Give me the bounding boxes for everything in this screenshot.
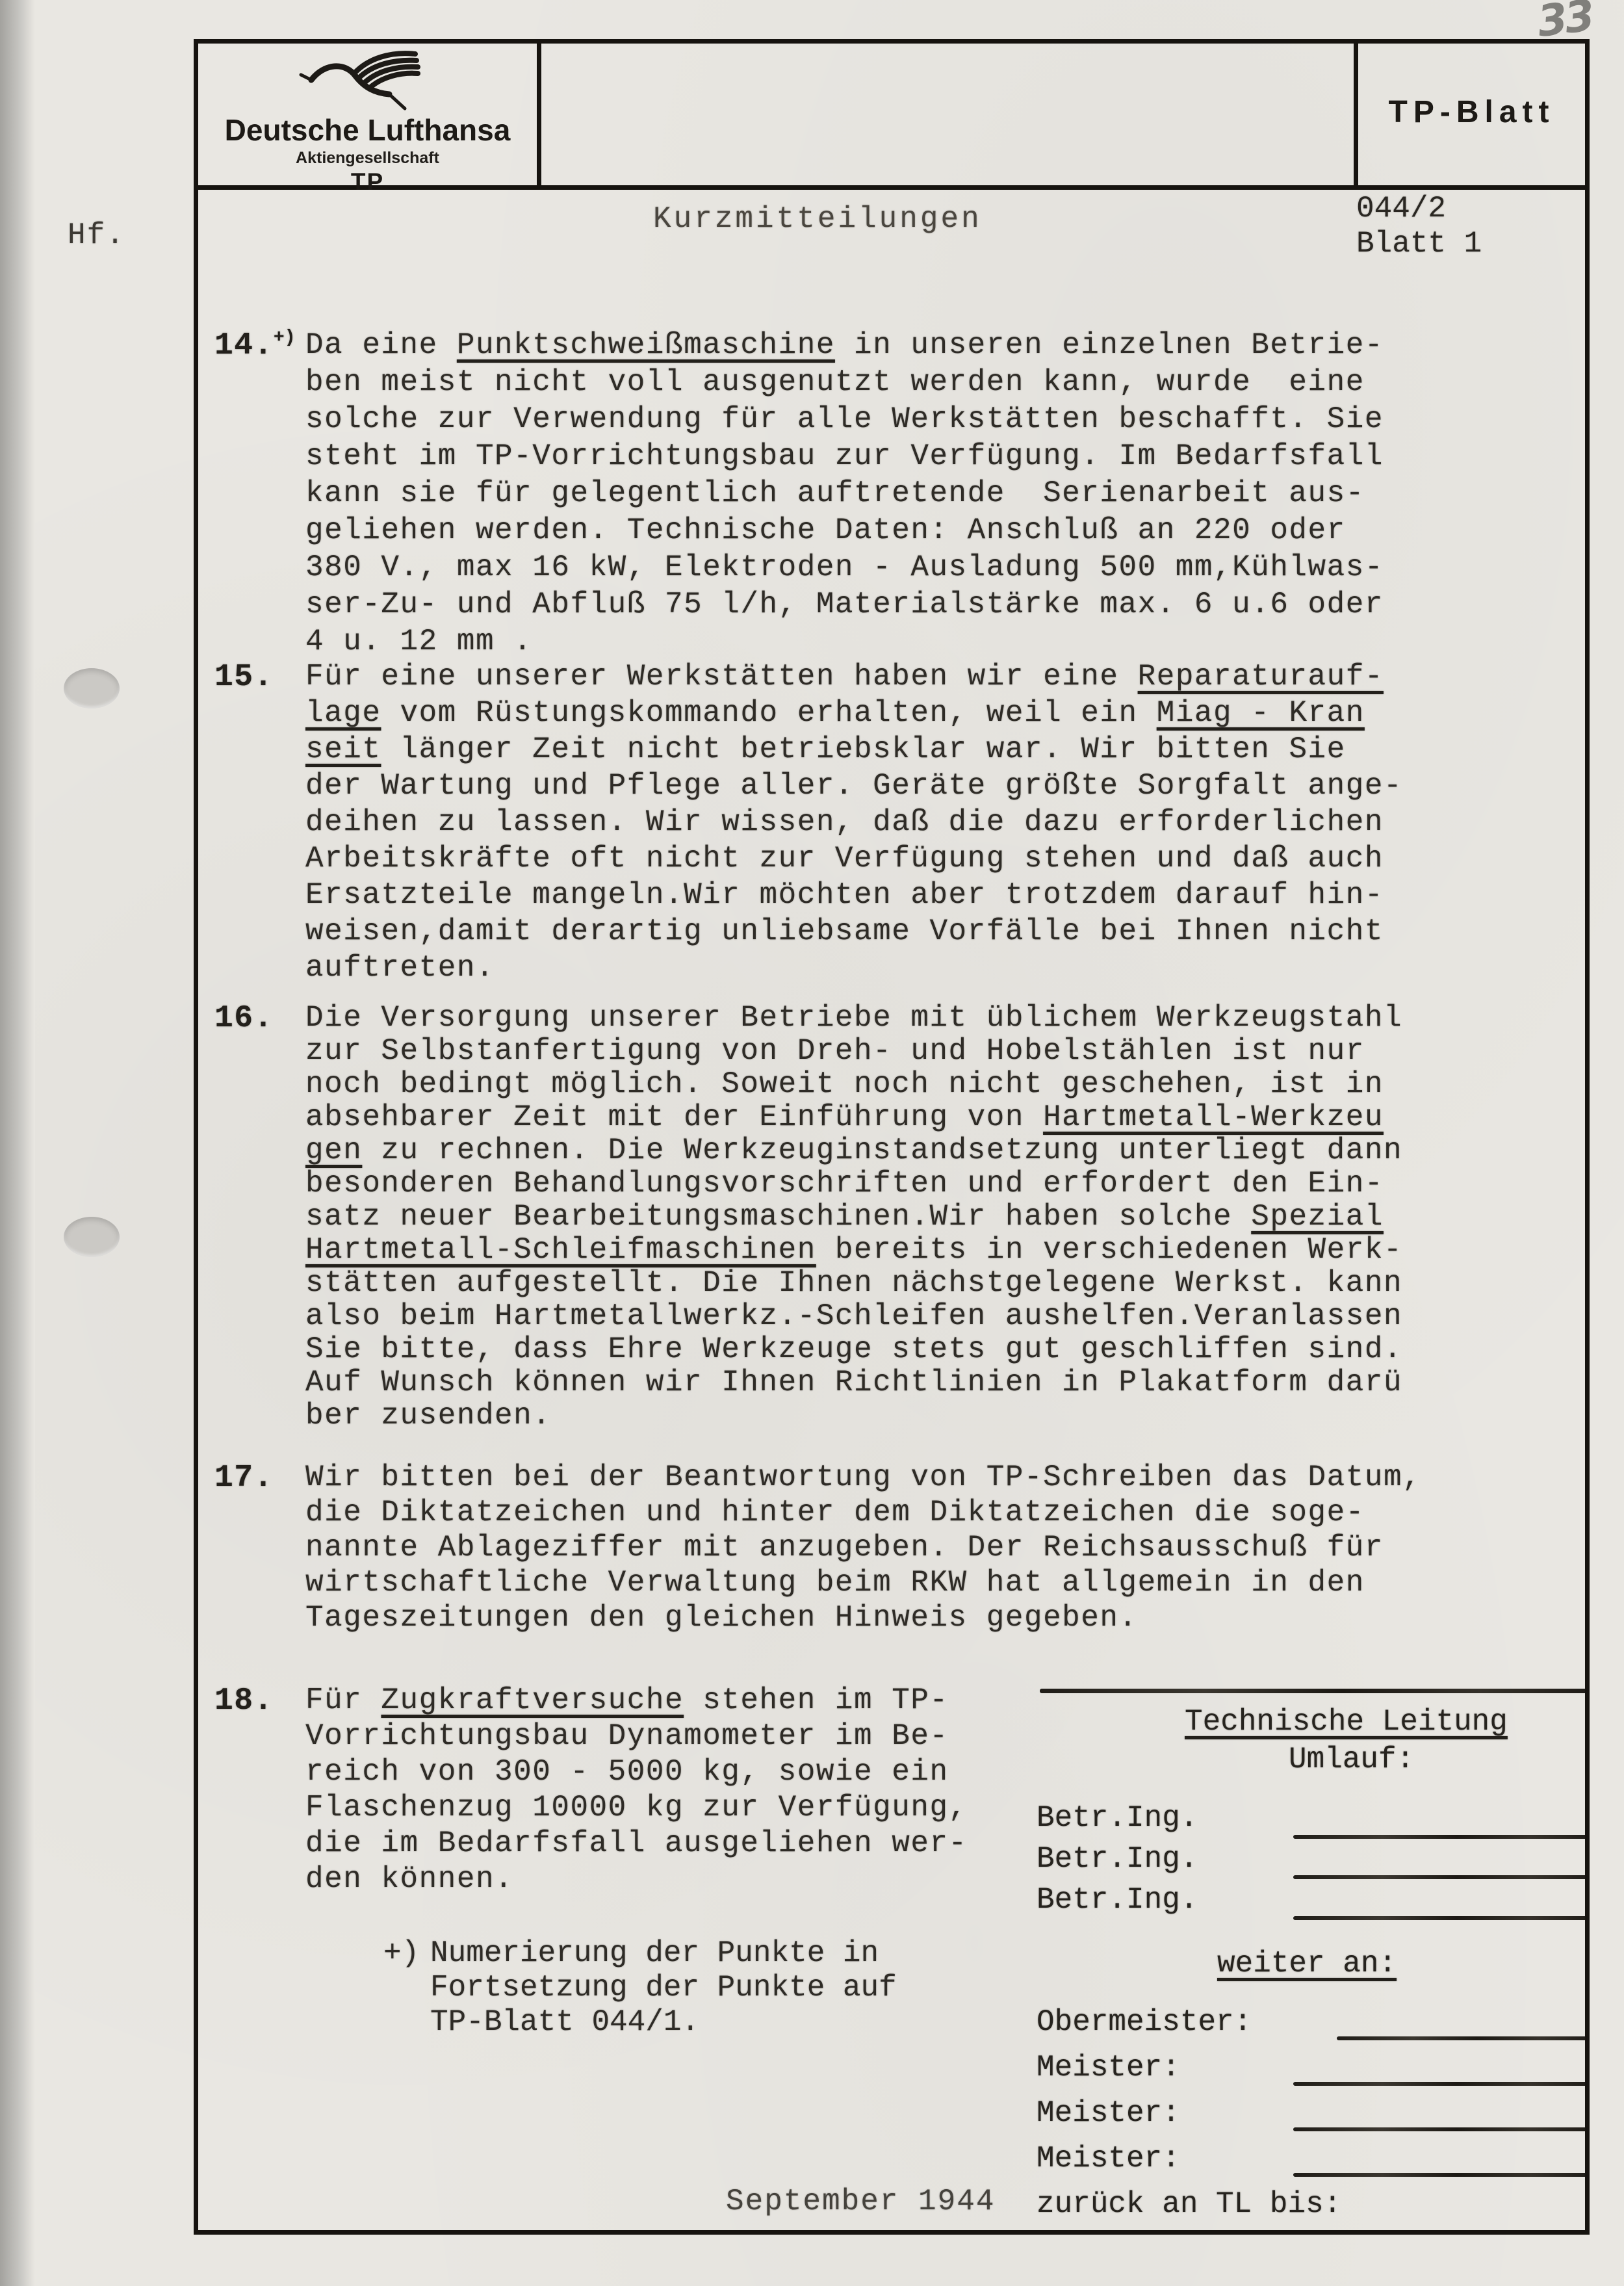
forward-row-label: Meister:: [1037, 2051, 1180, 2085]
paragraph-line: Die Versorgung unserer Betriebe mit übli…: [305, 1001, 1402, 1034]
signature-line: [1293, 1916, 1590, 1920]
paragraph-line: kann sie für gelegentlich auftretende Se…: [305, 476, 1384, 513]
text-segment: die Diktatzeichen und hinter dem Diktatz…: [305, 1496, 1365, 1529]
text-segment: Für: [305, 1683, 381, 1717]
text-segment: ser-Zu- und Abfluß 75 l/h, Materialstärk…: [305, 588, 1384, 621]
signature-line: [1293, 1835, 1590, 1839]
text-segment: deihen zu lassen. Wir wissen, daß die da…: [305, 805, 1384, 839]
paragraph-16: 16.Die Versorgung unserer Betriebe mit ü…: [305, 1001, 1402, 1432]
text-segment: der Wartung und Pflege aller. Geräte grö…: [305, 769, 1402, 803]
signature-line: [1293, 1875, 1590, 1879]
paragraph-line: besonderen Behandlungsvorschriften und e…: [305, 1167, 1402, 1200]
forward-heading: weiter an:: [1217, 1947, 1397, 1981]
paragraph-17: 17.Wir bitten bei der Beantwortung von T…: [305, 1461, 1421, 1636]
text-segment: reich von 300 - 5000 kg, sowie ein: [305, 1755, 949, 1789]
text-segment: steht im TP-Vorrichtungsbau zur Verfügun…: [305, 439, 1384, 473]
paragraph-line: den können.: [305, 1862, 968, 1898]
forward-row-label: Meister:: [1037, 2096, 1180, 2130]
footnote-line: Fortsetzung der Punkte auf: [430, 1971, 897, 2005]
circulation-row-label: Betr.Ing.: [1037, 1801, 1198, 1835]
text-segment: noch bedingt möglich. Soweit noch nicht …: [305, 1067, 1384, 1101]
underlined-term: Punktschweißmaschine: [457, 328, 835, 362]
scan-edge-shadow: [0, 0, 35, 2286]
text-segment: Arbeitskräfte oft nicht zur Verfügung st…: [305, 842, 1384, 876]
text-segment: Die Versorgung unserer Betriebe mit übli…: [305, 1001, 1402, 1035]
underlined-term: gen: [305, 1134, 362, 1167]
text-segment: stehen im TP-: [684, 1683, 948, 1717]
text-segment: auftreten.: [305, 951, 495, 985]
text-segment: länger Zeit nicht betriebsklar war. Wir …: [381, 733, 1345, 766]
routing-subheading: Umlauf:: [1289, 1743, 1414, 1776]
text-segment: kann sie für gelegentlich auftretende Se…: [305, 476, 1365, 510]
text-segment: solche zur Verwendung für alle Werkstätt…: [305, 402, 1384, 436]
paragraph-line: die im Bedarfsfall ausgeliehen wer-: [305, 1826, 968, 1862]
underlined-term: Hartmetall-Schleifmaschinen: [305, 1233, 816, 1267]
paragraph-line: Da eine Punktschweißmaschine in unseren …: [305, 328, 1384, 365]
return-line-label: zurück an TL bis:: [1037, 2187, 1341, 2221]
signature-line: [1337, 2036, 1590, 2040]
underlined-term: Zugkraftversuche: [381, 1683, 684, 1717]
footnote-line: Numerierung der Punkte in: [430, 1936, 897, 1971]
text-segment: vom Rüstungskommando erhalten, weil ein: [381, 696, 1156, 730]
text-segment: wirtschaftliche Verwaltung beim RKW hat …: [305, 1566, 1365, 1600]
paragraph-line: ser-Zu- und Abfluß 75 l/h, Materialstärk…: [305, 588, 1384, 625]
paragraph-line: Sie bitte, dass Ehre Werkzeuge stets gut…: [305, 1332, 1402, 1366]
footnote: +) Numerierung der Punkte in Fortsetzung…: [383, 1936, 897, 2040]
scanned-document-page: Hf. 33 Deutsche Lufthansa A: [0, 0, 1624, 2286]
paragraph-line: Arbeitskräfte oft nicht zur Verfügung st…: [305, 842, 1402, 878]
signature-line: [1293, 2082, 1590, 2086]
footnote-marker: +): [383, 1936, 419, 1970]
text-segment: Wir bitten bei der Beantwortung von TP-S…: [305, 1461, 1421, 1494]
forward-row-label: Meister:: [1037, 2142, 1180, 2176]
underlined-term: Hartmetall-Werkzeu: [1043, 1100, 1384, 1134]
signature-line: [1293, 2173, 1590, 2177]
text-segment: weisen,damit derartig unliebsame Vorfäll…: [305, 915, 1384, 948]
paragraph-line: Flaschenzug 10000 kg zur Verfügung,: [305, 1791, 968, 1826]
paragraph-line: Auf Wunsch können wir Ihnen Richtlinien …: [305, 1366, 1402, 1399]
separator-line: [1040, 1689, 1590, 1693]
paragraph-line: zur Selbstanfertigung von Dreh- und Hobe…: [305, 1034, 1402, 1067]
text-segment: satz neuer Bearbeitungsmaschinen.Wir hab…: [305, 1200, 1251, 1234]
paragraph-line: 4 u. 12 mm .: [305, 625, 1384, 662]
paragraph-line: ber zusenden.: [305, 1399, 1402, 1432]
forward-row-label: Obermeister:: [1037, 2005, 1252, 2039]
text-segment: Auf Wunsch können wir Ihnen Richtlinien …: [305, 1366, 1402, 1399]
paragraph-number: 16.: [214, 1001, 274, 1036]
text-segment: Ersatzteile mangeln.Wir möchten aber tro…: [305, 878, 1384, 912]
routing-heading: Technische Leitung: [1185, 1705, 1508, 1739]
circulation-row-label: Betr.Ing.: [1037, 1842, 1198, 1876]
text-segment: nannte Ablageziffer mit anzugeben. Der R…: [305, 1531, 1384, 1565]
paragraph-line: Ersatzteile mangeln.Wir möchten aber tro…: [305, 878, 1402, 915]
paragraph-line: gen zu rechnen. Die Werkzeuginstandsetzu…: [305, 1134, 1402, 1167]
text-segment: absehbarer Zeit mit der Einführung von: [305, 1100, 1043, 1134]
circulation-row-label: Betr.Ing.: [1037, 1883, 1198, 1917]
text-segment: ber zusenden.: [305, 1399, 551, 1433]
paragraph-line: die Diktatzeichen und hinter dem Diktatz…: [305, 1496, 1421, 1531]
paragraph-line: geliehen werden. Technische Daten: Ansch…: [305, 513, 1384, 551]
text-segment: Tageszeitungen den gleichen Hinweis gege…: [305, 1601, 1138, 1635]
text-segment: zu rechnen. Die Werkzeuginstandsetzung u…: [362, 1134, 1402, 1167]
punch-hole: [64, 1217, 120, 1257]
text-segment: bereits in verschiedenen Werk-: [816, 1233, 1402, 1267]
paragraph-number: 14.+): [214, 328, 296, 363]
paragraph-line: also beim Hartmetallwerkz.-Schleifen aus…: [305, 1299, 1402, 1332]
paragraph-line: reich von 300 - 5000 kg, sowie ein: [305, 1755, 968, 1791]
paragraph-18: 18.Für Zugkraftversuche stehen im TP-Vor…: [305, 1683, 968, 1898]
paragraph-line: Wir bitten bei der Beantwortung von TP-S…: [305, 1461, 1421, 1496]
paragraph-line: Für Zugkraftversuche stehen im TP-: [305, 1683, 968, 1719]
margin-note: Hf.: [68, 218, 125, 252]
text-segment: besonderen Behandlungsvorschriften und e…: [305, 1167, 1384, 1201]
paragraph-line: deihen zu lassen. Wir wissen, daß die da…: [305, 805, 1402, 842]
text-segment: Vorrichtungsbau Dynamometer im Be-: [305, 1719, 949, 1753]
paragraphs: 14.+)Da eine Punktschweißmaschine in uns…: [198, 44, 1585, 2230]
paragraph-line: Vorrichtungsbau Dynamometer im Be-: [305, 1719, 968, 1755]
footnote-reference-marker: +): [274, 328, 296, 348]
paragraph-line: weisen,damit derartig unliebsame Vorfäll…: [305, 915, 1402, 951]
text-segment: den können.: [305, 1862, 513, 1896]
paragraph-line: Hartmetall-Schleifmaschinen bereits in v…: [305, 1233, 1402, 1266]
text-segment: stätten aufgestellt. Die Ihnen nächstgel…: [305, 1266, 1402, 1300]
paragraph-line: absehbarer Zeit mit der Einführung von H…: [305, 1100, 1402, 1134]
text-segment: 4 u. 12 mm .: [305, 625, 532, 658]
paragraph-line: der Wartung und Pflege aller. Geräte grö…: [305, 769, 1402, 805]
paragraph-14: 14.+)Da eine Punktschweißmaschine in uns…: [305, 328, 1384, 662]
underlined-term: seit: [305, 733, 381, 766]
text-segment: Für eine unserer Werkstätten haben wir e…: [305, 660, 1138, 694]
paragraph-line: 380 V., max 16 kW, Elektroden - Ausladun…: [305, 551, 1384, 588]
footnote-line: TP-Blatt 044/1.: [430, 2005, 897, 2040]
underlined-term: Spezial: [1251, 1200, 1384, 1234]
paragraph-line: stätten aufgestellt. Die Ihnen nächstgel…: [305, 1266, 1402, 1299]
paragraph-line: Tageszeitungen den gleichen Hinweis gege…: [305, 1601, 1421, 1636]
signature-line: [1293, 2127, 1590, 2131]
paragraph-number: 18.: [214, 1683, 274, 1719]
paragraph-line: nannte Ablageziffer mit anzugeben. Der R…: [305, 1531, 1421, 1566]
paragraph-line: Für eine unserer Werkstätten haben wir e…: [305, 660, 1402, 696]
text-segment: ben meist nicht voll ausgenutzt werden k…: [305, 365, 1365, 399]
paragraph-15: 15.Für eine unserer Werkstätten haben wi…: [305, 660, 1402, 987]
underlined-term: Miag - Kran: [1157, 696, 1365, 730]
document-frame: Deutsche Lufthansa Aktiengesellschaft TP…: [194, 39, 1590, 2235]
paragraph-number: 15.: [214, 660, 274, 695]
underlined-term: Reparaturauf-: [1138, 660, 1384, 694]
underlined-term: lage: [305, 696, 381, 730]
text-segment: Sie bitte, dass Ehre Werkzeuge stets gut…: [305, 1332, 1402, 1366]
text-segment: Flaschenzug 10000 kg zur Verfügung,: [305, 1791, 968, 1825]
paragraph-line: steht im TP-Vorrichtungsbau zur Verfügun…: [305, 439, 1384, 476]
punch-hole: [64, 668, 120, 708]
paragraph-line: solche zur Verwendung für alle Werkstätt…: [305, 402, 1384, 439]
paragraph-line: auftreten.: [305, 951, 1402, 987]
text-segment: 380 V., max 16 kW, Elektroden - Ausladun…: [305, 551, 1384, 584]
paragraph-line: ben meist nicht voll ausgenutzt werden k…: [305, 365, 1384, 402]
paragraph-line: satz neuer Bearbeitungsmaschinen.Wir hab…: [305, 1200, 1402, 1233]
paragraph-line: lage vom Rüstungskommando erhalten, weil…: [305, 696, 1402, 733]
text-segment: zur Selbstanfertigung von Dreh- und Hobe…: [305, 1034, 1365, 1068]
footer-date: September 1944: [726, 2185, 995, 2218]
text-segment: in unseren einzelnen Betrie-: [835, 328, 1384, 362]
paragraph-line: noch bedingt möglich. Soweit noch nicht …: [305, 1067, 1402, 1100]
paragraph-line: wirtschaftliche Verwaltung beim RKW hat …: [305, 1566, 1421, 1601]
paragraph-line: seit länger Zeit nicht betriebsklar war.…: [305, 733, 1402, 769]
text-segment: also beim Hartmetallwerkz.-Schleifen aus…: [305, 1299, 1402, 1333]
text-segment: Da eine: [305, 328, 457, 362]
paragraph-number: 17.: [214, 1461, 274, 1496]
text-segment: die im Bedarfsfall ausgeliehen wer-: [305, 1826, 968, 1860]
text-segment: geliehen werden. Technische Daten: Ansch…: [305, 513, 1346, 547]
